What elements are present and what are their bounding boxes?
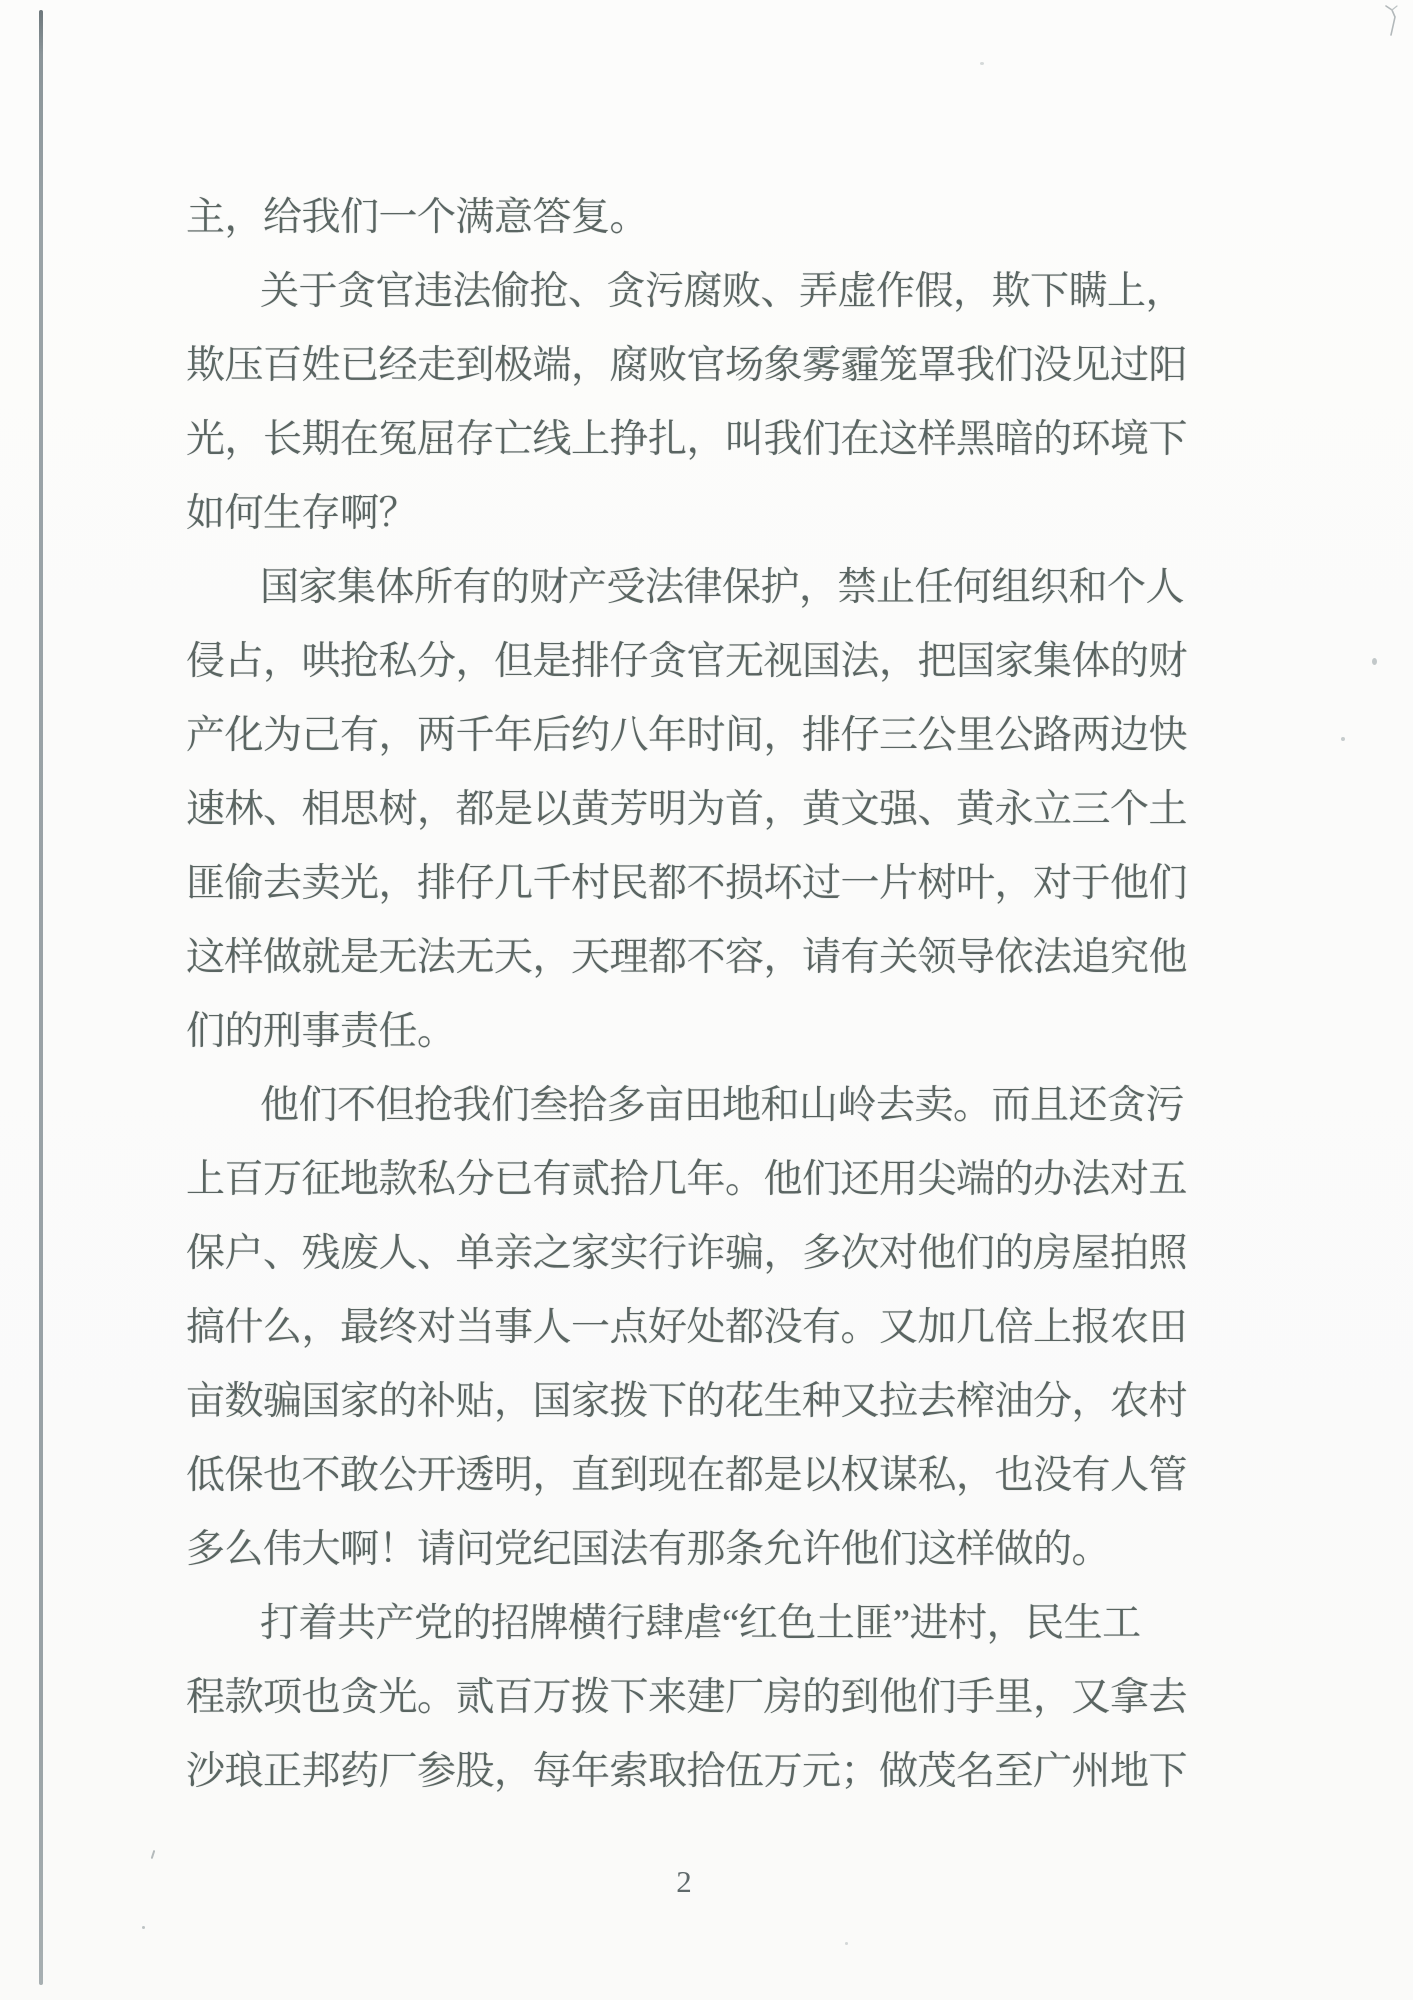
text-line: 国家集体所有的财产受法律保护，禁止任何组织和个人 xyxy=(186,551,1196,625)
text-line: 主，给我们一个满意答复。 xyxy=(186,181,1196,255)
text-line: 他们不但抢我们叁拾多亩田地和山岭去卖。而且还贪污 xyxy=(186,1069,1196,1143)
text-line: 产化为己有，两千年后约八年时间，排仔三公里公路两边快 xyxy=(186,699,1196,773)
scan-speck xyxy=(142,1926,145,1929)
text-line: 们的刑事责任。 xyxy=(186,995,1196,1069)
scan-speck xyxy=(1341,737,1345,741)
text-line: 匪偷去卖光，排仔几千村民都不损坏过一片树叶，对于他们 xyxy=(186,847,1196,921)
text-line: 沙琅正邦药厂参股，每年索取拾伍万元；做茂名至广州地下 xyxy=(186,1735,1196,1809)
document-body-text: 主，给我们一个满意答复。 关于贪官违法偷抢、贪污腐败、弄虚作假，欺下瞒上， 欺压… xyxy=(186,181,1196,1809)
scan-speck xyxy=(980,62,984,65)
text-line: 关于贪官违法偷抢、贪污腐败、弄虚作假，欺下瞒上， xyxy=(186,255,1196,329)
scan-artifact-mark xyxy=(1382,4,1400,42)
text-line: 如何生存啊？ xyxy=(186,477,1196,551)
text-line: 这样做就是无法无天，天理都不容，请有关领导依法追究他 xyxy=(186,921,1196,995)
text-line: 欺压百姓已经走到极端，腐败官场象雾霾笼罩我们没见过阳 xyxy=(186,329,1196,403)
text-line: 速林、相思树，都是以黄芳明为首，黄文强、黄永立三个土 xyxy=(186,773,1196,847)
text-line: 上百万征地款私分已有贰拾几年。他们还用尖端的办法对五 xyxy=(186,1143,1196,1217)
text-line: 亩数骗国家的补贴，国家拨下的花生种又拉去榨油分，农村 xyxy=(186,1365,1196,1439)
text-line: 搞什么，最终对当事人一点好处都没有。又加几倍上报农田 xyxy=(186,1291,1196,1365)
scan-speck xyxy=(845,1942,848,1945)
page-number: 2 xyxy=(662,1860,706,1904)
text-line: 侵占，哄抢私分，但是排仔贪官无视国法，把国家集体的财 xyxy=(186,625,1196,699)
text-line: 多么伟大啊！请问党纪国法有那条允许他们这样做的。 xyxy=(186,1513,1196,1587)
scan-speck xyxy=(1372,658,1377,665)
text-line: 保户、残废人、单亲之家实行诈骗，多次对他们的房屋拍照 xyxy=(186,1217,1196,1291)
scanner-edge-line xyxy=(39,10,43,1985)
text-line: 光，长期在冤屈存亡线上挣扎，叫我们在这样黑暗的环境下 xyxy=(186,403,1196,477)
text-line: 低保也不敢公开透明，直到现在都是以权谋私，也没有人管 xyxy=(186,1439,1196,1513)
text-line: 打着共产党的招牌横行肆虐“红色土匪”进村，民生工 xyxy=(186,1587,1196,1661)
text-line: 程款项也贪光。贰百万拨下来建厂房的到他们手里，又拿去 xyxy=(186,1661,1196,1735)
